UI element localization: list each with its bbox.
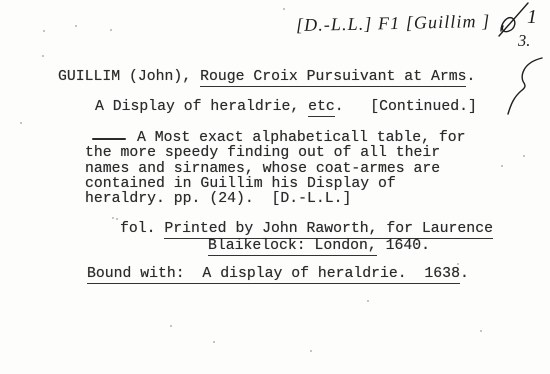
entry-line-3: names and sirnames, whose coat-armes are	[85, 162, 440, 177]
imprint-line-1: fol. Printed by John Raworth, for Lauren…	[120, 222, 493, 237]
brace-stroke	[508, 58, 542, 114]
scan-speck	[112, 217, 114, 219]
scan-speck	[170, 325, 172, 327]
imprint-line-2: Blaikelock: London, 1640.	[208, 239, 430, 254]
scan-speck	[116, 218, 118, 220]
scan-speck	[75, 25, 77, 27]
heading-period: .	[466, 69, 475, 85]
imprint-year: 1640.	[377, 238, 430, 254]
entry-line-5: heraldry. pp. (24). [D.-L.L.]	[85, 192, 351, 207]
scan-speck	[43, 30, 45, 32]
entry-dash-rule	[92, 138, 126, 140]
scan-speck	[42, 55, 44, 57]
imprint-printer-underlined: Printed by John Raworth, for Laurence	[164, 221, 493, 239]
imprint-format: fol.	[120, 221, 164, 237]
scan-speck	[501, 165, 503, 167]
handwritten-shelfmark: [D.-L.L.] F1 [Guillim ]	[296, 11, 491, 36]
handwritten-folio-number-bottom: 3.	[518, 31, 530, 51]
imprint-place-underlined: Blaikelock: London,	[208, 238, 377, 256]
entry-line-1: A Most exact alphabeticall table, for	[137, 131, 466, 146]
catalog-card: [D.-L.L.] F1 [Guillim ] 1 3. GUILLIM (Jo…	[0, 0, 550, 374]
scan-speck	[310, 350, 312, 352]
binding-note-line: Bound with: A display of heraldrie. 1638…	[87, 267, 469, 282]
scan-speck	[367, 300, 369, 302]
binding-note-period: .	[460, 266, 469, 282]
heading-line: GUILLIM (John), Rouge Croix Pursuivant a…	[58, 70, 475, 85]
subheading-continued: . [Continued.]	[335, 99, 477, 115]
scan-speck	[283, 8, 285, 10]
subheading-title: A Display of heraldrie,	[95, 99, 308, 115]
subheading-etc-underlined: etc	[308, 99, 335, 117]
heading-author: GUILLIM (John),	[58, 69, 200, 85]
scan-speck	[457, 263, 459, 265]
scan-speck	[523, 155, 525, 157]
handwritten-folio-number-top: 1	[527, 6, 537, 29]
entry-line-4: contained in Guillim his Display of	[85, 177, 396, 192]
scribble-loop-stroke	[501, 18, 515, 32]
scan-speck	[110, 29, 112, 31]
subheading-line: A Display of heraldrie, etc. [Continued.…	[95, 100, 477, 115]
heading-title-underlined: Rouge Croix Pursuivant at Arms	[200, 69, 466, 87]
scan-speck	[213, 341, 215, 343]
scan-speck	[480, 330, 482, 332]
entry-line-2: the more speedy finding out of all their	[85, 146, 440, 161]
scan-speck	[20, 122, 22, 124]
binding-note-underlined: Bound with: A display of heraldrie. 1638	[87, 266, 460, 284]
